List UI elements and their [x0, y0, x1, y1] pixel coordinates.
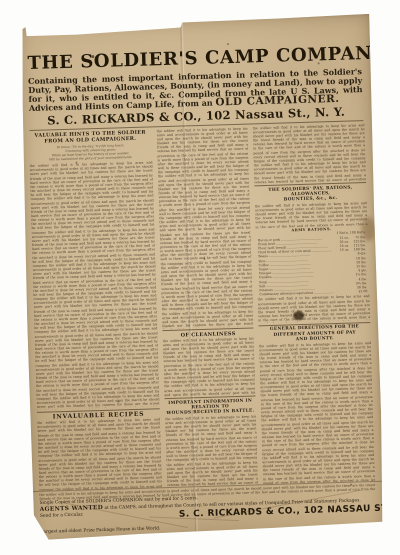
illegible-text-block: the soldier will find it to his advantag… — [157, 126, 254, 329]
illegible-text-block: the soldier will find it to his advantag… — [255, 201, 368, 228]
column-right: the soldier will find it to his advantag… — [252, 123, 375, 484]
rations-table: ARMY RATIONS. 1 Rat'n.100 Rat's.Bacon or… — [258, 226, 368, 297]
illegible-text-block: the soldier will find it to his advantag… — [165, 414, 258, 486]
tagline: Largest and oldest Prize Package House i… — [40, 526, 160, 535]
illegible-text-block: the soldier will find it to his advantag… — [37, 417, 162, 490]
column-left: VALUABLE HINTS TO THE SOLDIER FROM AN OL… — [29, 129, 163, 490]
rations-rows: 1 Rat'n.100 Rat's.Bacon or pork12 oz.75 … — [258, 230, 368, 296]
illegible-epigraph: Ye brave, 'Tis in the day,' 'try life lo… — [35, 143, 146, 162]
column-middle: the soldier will find it to his advantag… — [157, 126, 259, 487]
illegible-text-block: the soldier will find it to his advantag… — [30, 161, 160, 411]
paper: THE SOLDIER'S CAMP COMPANION, Containing… — [16, 13, 385, 545]
photo-backdrop: THE SOLDIER'S CAMP COMPANION, Containing… — [0, 0, 400, 555]
masthead: THE SOLDIER'S CAMP COMPANION, Containing… — [16, 13, 373, 131]
illegible-text-block: the soldier will find it to his advantag… — [252, 123, 366, 184]
agents-wanted-bold: AGENTS WANTED — [40, 505, 103, 513]
illegible-text-block: the soldier will find it to his advantag… — [259, 341, 375, 484]
illegible-text-block: the soldier will find it to his advantag… — [258, 294, 371, 323]
document-content: THE SOLDIER'S CAMP COMPANION, Containing… — [16, 13, 385, 545]
column-area: VALUABLE HINTS TO THE SOLDIER FROM AN OL… — [20, 120, 385, 490]
illegible-text-block: the soldier will find it to his advantag… — [163, 336, 256, 397]
